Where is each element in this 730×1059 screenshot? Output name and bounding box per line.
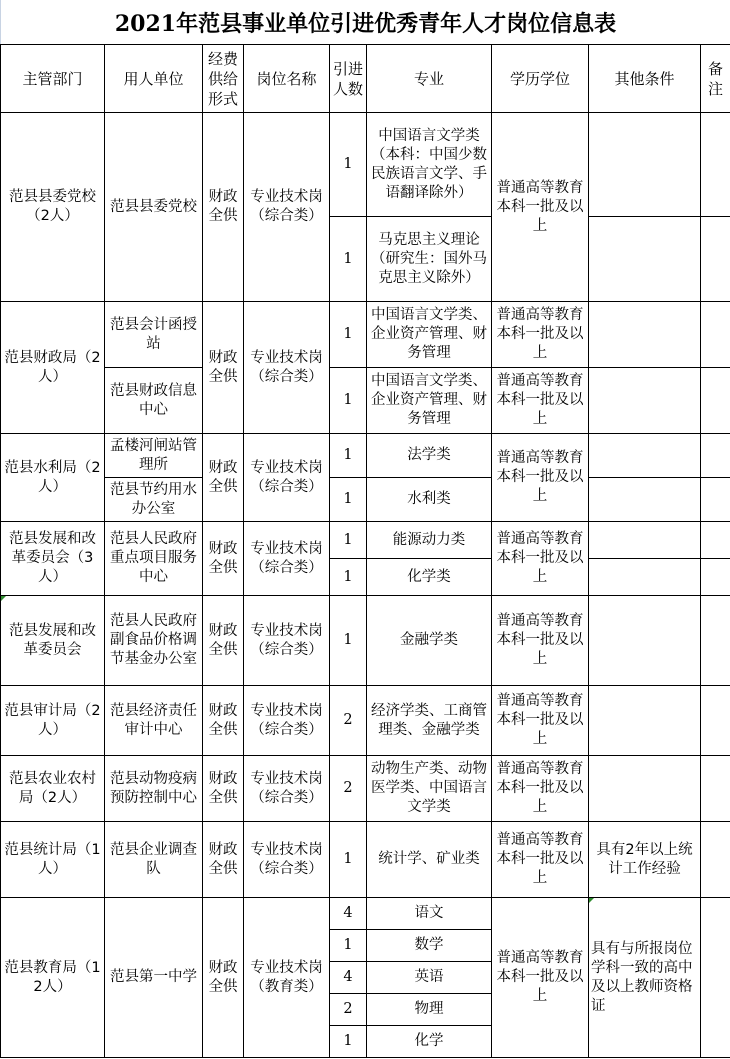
remarks-cell xyxy=(701,596,730,686)
count-cell: 1 xyxy=(330,434,367,478)
header-major: 专业 xyxy=(367,45,492,113)
unit-cell: 范县人民政府重点项目服务中心 xyxy=(105,522,203,596)
count-cell: 1 xyxy=(330,930,367,962)
remarks-cell xyxy=(701,113,730,217)
table-row: 范县发展和改革委员会（3人） 范县人民政府重点项目服务中心 财政全供 专业技术岗… xyxy=(1,522,730,559)
count-cell: 2 xyxy=(330,994,367,1026)
remarks-cell xyxy=(701,434,730,478)
funding-cell: 财政全供 xyxy=(203,434,244,522)
education-cell: 普通高等教育本科一批及以上 xyxy=(492,302,589,368)
unit-cell: 范县节约用水办公室 xyxy=(105,478,203,522)
education-cell: 普通高等教育本科一批及以上 xyxy=(492,368,589,434)
funding-cell: 财政全供 xyxy=(203,898,244,1058)
remarks-cell xyxy=(701,559,730,596)
post-cell: 专业技术岗（综合类） xyxy=(244,434,330,522)
remarks-cell xyxy=(701,217,730,302)
count-cell: 1 xyxy=(330,522,367,559)
conditions-cell xyxy=(589,217,701,302)
education-cell: 普通高等教育本科一批及以上 xyxy=(492,822,589,898)
conditions-cell: 具有2年以上统计工作经验 xyxy=(589,822,701,898)
header-dept: 主管部门 xyxy=(1,45,105,113)
post-cell: 专业技术岗（综合类） xyxy=(244,522,330,596)
count-cell: 4 xyxy=(330,898,367,930)
major-cell: 法学类 xyxy=(367,434,492,478)
count-cell: 1 xyxy=(330,113,367,217)
remarks-cell xyxy=(701,756,730,822)
major-cell: 动物生产类、动物医学类、中国语言文学类 xyxy=(367,756,492,822)
count-cell: 4 xyxy=(330,962,367,994)
table-row: 范县发展和改革委员会 范县人民政府副食品价格调节基金办公室 财政全供 专业技术岗… xyxy=(1,596,730,686)
table-row: 范县统计局（1人） 范县企业调查队 财政全供 专业技术岗（综合类） 1 统计学、… xyxy=(1,822,730,898)
major-cell: 化学 xyxy=(367,1026,492,1058)
post-cell: 专业技术岗（综合类） xyxy=(244,756,330,822)
remarks-cell xyxy=(701,898,730,1058)
count-cell: 1 xyxy=(330,368,367,434)
funding-cell: 财政全供 xyxy=(203,686,244,756)
unit-cell: 范县第一中学 xyxy=(105,898,203,1058)
post-cell: 专业技术岗（综合类） xyxy=(244,686,330,756)
conditions-cell xyxy=(589,478,701,522)
post-cell: 专业技术岗（综合类） xyxy=(244,302,330,434)
post-cell: 专业技术岗（教育类） xyxy=(244,898,330,1058)
conditions-cell: 具有与所报岗位学科一致的高中及以上教师资格证 xyxy=(589,898,701,1058)
table-row: 范县节约用水办公室 1 水利类 xyxy=(1,478,730,522)
conditions-cell xyxy=(589,756,701,822)
major-cell: 化学类 xyxy=(367,559,492,596)
header-conditions: 其他条件 xyxy=(589,45,701,113)
unit-cell: 范县会计函授站 xyxy=(105,302,203,368)
header-remarks: 备注 xyxy=(701,45,730,113)
header-post: 岗位名称 xyxy=(244,45,330,113)
major-cell: 统计学、矿业类 xyxy=(367,822,492,898)
conditions-cell xyxy=(589,522,701,559)
major-cell: 马克思主义理论（研究生：国外马克思主义除外） xyxy=(367,217,492,302)
funding-cell: 财政全供 xyxy=(203,302,244,434)
count-cell: 1 xyxy=(330,217,367,302)
funding-cell: 财政全供 xyxy=(203,596,244,686)
remarks-cell xyxy=(701,522,730,559)
education-cell: 普通高等教育本科一批及以上 xyxy=(492,898,589,1058)
funding-cell: 财政全供 xyxy=(203,822,244,898)
major-cell: 物理 xyxy=(367,994,492,1026)
remarks-cell xyxy=(701,822,730,898)
table-row: 范县农业农村局（2人） 范县动物疫病预防控制中心 财政全供 专业技术岗（综合类）… xyxy=(1,756,730,822)
header-unit: 用人单位 xyxy=(105,45,203,113)
dept-cell: 范县农业农村局（2人） xyxy=(1,756,105,822)
major-cell: 水利类 xyxy=(367,478,492,522)
count-cell: 1 xyxy=(330,596,367,686)
unit-cell: 范县企业调查队 xyxy=(105,822,203,898)
dept-cell: 范县水利局（2人） xyxy=(1,434,105,522)
education-cell: 普通高等教育本科一批及以上 xyxy=(492,522,589,596)
funding-cell: 财政全供 xyxy=(203,113,244,302)
unit-cell: 范县财政信息中心 xyxy=(105,368,203,434)
conditions-cell xyxy=(589,113,701,217)
unit-cell: 范县动物疫病预防控制中心 xyxy=(105,756,203,822)
remarks-cell xyxy=(701,368,730,434)
dept-cell: 范县县委党校（2人） xyxy=(1,113,105,302)
count-cell: 1 xyxy=(330,822,367,898)
unit-cell: 范县县委党校 xyxy=(105,113,203,302)
count-cell: 2 xyxy=(330,686,367,756)
major-cell: 语文 xyxy=(367,898,492,930)
dept-cell: 范县教育局（12人） xyxy=(1,898,105,1058)
major-cell: 英语 xyxy=(367,962,492,994)
count-cell: 1 xyxy=(330,478,367,522)
table-row: 范县教育局（12人） 范县第一中学 财政全供 专业技术岗（教育类） 4 语文 普… xyxy=(1,898,730,930)
table-title: 2021年范县事业单位引进优秀青年人才岗位信息表 xyxy=(0,0,730,44)
dept-cell: 范县财政局（2人） xyxy=(1,302,105,434)
dept-cell: 范县发展和改革委员会 xyxy=(1,596,105,686)
conditions-cell xyxy=(589,596,701,686)
header-row: 主管部门 用人单位 经费供给形式 岗位名称 引进人数 专业 学历学位 其他条件 … xyxy=(1,45,730,113)
education-cell: 普通高等教育本科一批及以上 xyxy=(492,434,589,522)
table-row: 范县财政信息中心 1 中国语言文学类、企业资产管理、财务管理 普通高等教育本科一… xyxy=(1,368,730,434)
post-cell: 专业技术岗（综合类） xyxy=(244,113,330,302)
dept-cell: 范县审计局（2人） xyxy=(1,686,105,756)
post-cell: 专业技术岗（综合类） xyxy=(244,822,330,898)
remarks-cell xyxy=(701,478,730,522)
count-cell: 2 xyxy=(330,756,367,822)
conditions-cell xyxy=(589,559,701,596)
funding-cell: 财政全供 xyxy=(203,756,244,822)
education-cell: 普通高等教育本科一批及以上 xyxy=(492,596,589,686)
table-row: 范县财政局（2人） 范县会计函授站 财政全供 专业技术岗（综合类） 1 中国语言… xyxy=(1,302,730,368)
conditions-cell xyxy=(589,686,701,756)
table-row: 范县县委党校（2人） 范县县委党校 财政全供 专业技术岗（综合类） 1 中国语言… xyxy=(1,113,730,217)
major-cell: 能源动力类 xyxy=(367,522,492,559)
conditions-cell xyxy=(589,434,701,478)
count-cell: 1 xyxy=(330,302,367,368)
education-cell: 普通高等教育本科一批及以上 xyxy=(492,686,589,756)
position-info-table: 主管部门 用人单位 经费供给形式 岗位名称 引进人数 专业 学历学位 其他条件 … xyxy=(0,44,730,1058)
funding-cell: 财政全供 xyxy=(203,522,244,596)
major-cell: 中国语言文学类（本科：中国少数民族语言文学、手语翻译除外） xyxy=(367,113,492,217)
major-cell: 金融学类 xyxy=(367,596,492,686)
header-education: 学历学位 xyxy=(492,45,589,113)
unit-cell: 范县人民政府副食品价格调节基金办公室 xyxy=(105,596,203,686)
remarks-cell xyxy=(701,302,730,368)
post-cell: 专业技术岗（综合类） xyxy=(244,596,330,686)
table-row: 范县审计局（2人） 范县经济责任审计中心 财政全供 专业技术岗（综合类） 2 经… xyxy=(1,686,730,756)
remarks-cell xyxy=(701,686,730,756)
header-count: 引进人数 xyxy=(330,45,367,113)
count-cell: 1 xyxy=(330,1026,367,1058)
education-cell: 普通高等教育本科一批及以上 xyxy=(492,756,589,822)
major-cell: 中国语言文学类、企业资产管理、财务管理 xyxy=(367,302,492,368)
dept-cell: 范县统计局（1人） xyxy=(1,822,105,898)
unit-cell: 孟楼河闸站管理所 xyxy=(105,434,203,478)
conditions-cell xyxy=(589,302,701,368)
major-cell: 数学 xyxy=(367,930,492,962)
major-cell: 中国语言文学类、企业资产管理、财务管理 xyxy=(367,368,492,434)
conditions-cell xyxy=(589,368,701,434)
unit-cell: 范县经济责任审计中心 xyxy=(105,686,203,756)
header-funding: 经费供给形式 xyxy=(203,45,244,113)
dept-cell: 范县发展和改革委员会（3人） xyxy=(1,522,105,596)
education-cell: 普通高等教育本科一批及以上 xyxy=(492,113,589,302)
table-row: 范县水利局（2人） 孟楼河闸站管理所 财政全供 专业技术岗（综合类） 1 法学类… xyxy=(1,434,730,478)
count-cell: 1 xyxy=(330,559,367,596)
major-cell: 经济学类、工商管理类、金融学类 xyxy=(367,686,492,756)
